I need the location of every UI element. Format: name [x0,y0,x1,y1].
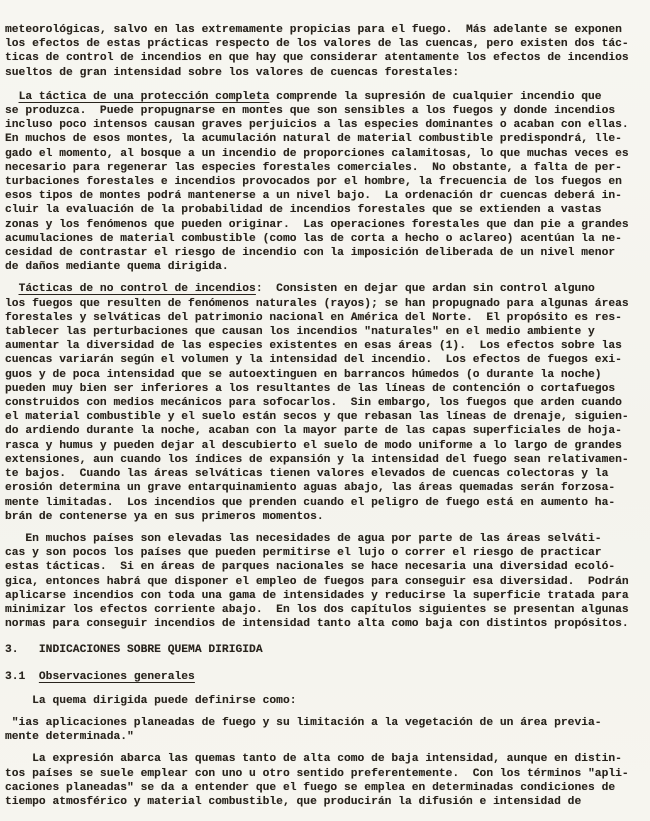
paragraph-expression-scope: La expresión abarca las quemas tanto de … [5,752,644,809]
paragraph-full-protection-tactic: La táctica de una protección completa co… [5,90,644,275]
underlined-phrase-no-control: Tácticas de no control de incendios [19,283,256,295]
section-heading-quema-dirigida: 3. INDICACIONES SOBRE QUEMA DIRIGIDA [5,643,644,657]
paragraph-indent [5,283,19,295]
subsection-heading-observaciones: 3.1 Observaciones generales [5,670,644,684]
paragraph-body-text: comprende la supresión de cualquier ince… [5,91,629,273]
paragraph-body-text: : Consisten en dejar que ardan sin contr… [5,283,629,522]
paragraph-water-needs: En muchos países son elevadas las necesi… [5,532,644,631]
underlined-phrase-full-protection: La táctica de una protección completa [19,91,270,103]
paragraph-meteorological-continuation: meteorológicas, salvo en las extremament… [5,23,644,80]
definition-intro-line: La quema dirigida puede definirse como: [5,694,644,708]
underlined-subsection-title: Observaciones generales [39,671,195,683]
definition-quote: "ias aplicaciones planeadas de fuego y s… [5,716,644,744]
scanned-document-page: meteorológicas, salvo en las extremament… [0,0,650,821]
heading-number: 3.1 [5,671,39,683]
paragraph-indent [5,91,19,103]
paragraph-no-control-tactic: Tácticas de no control de incendios: Con… [5,282,644,523]
